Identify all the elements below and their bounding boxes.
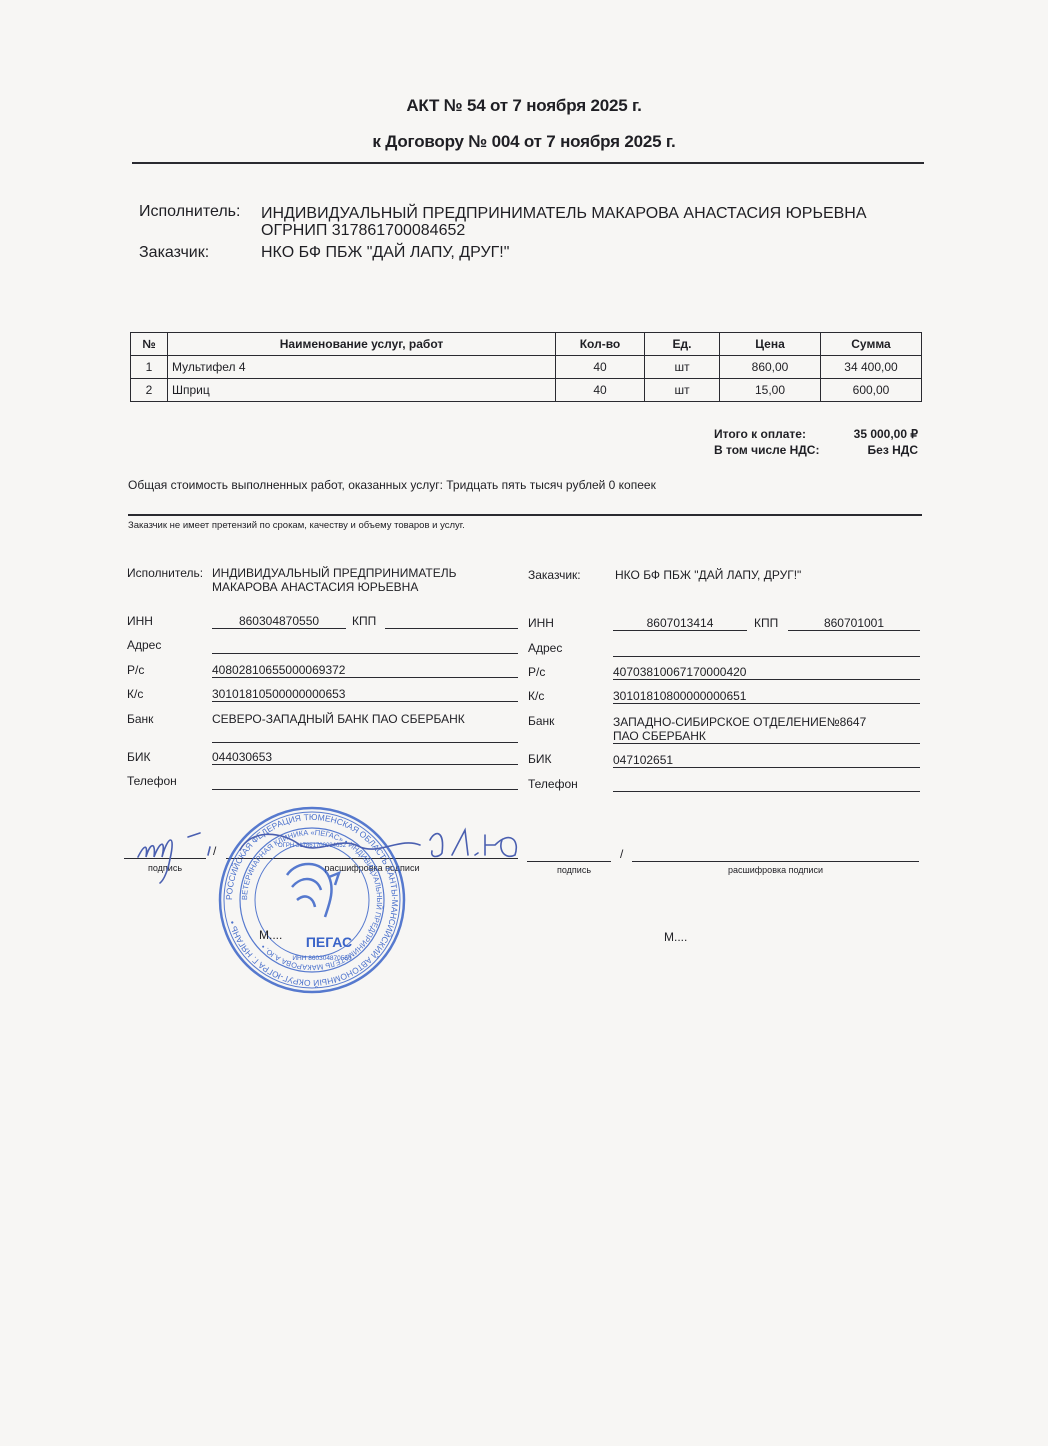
cell-unit: шт: [645, 356, 720, 379]
executor-ogrnip: ОГРНИП 317861700084652: [261, 222, 465, 240]
col-header-name: Наименование услуг, работ: [168, 333, 556, 356]
col-header-unit: Ед.: [645, 333, 720, 356]
executor-details-name-1: ИНДИВИДУАЛЬНЫЙ ПРЕДПРИНИМАТЕЛЬ: [212, 566, 456, 580]
executor-ks-label: К/с: [127, 687, 143, 701]
table-row: 2 Шприц 40 шт 15,00 600,00: [131, 379, 922, 402]
customer-ks-label: К/с: [528, 689, 544, 703]
executor-rs-field: 40802810655000069372: [212, 663, 518, 678]
customer-bank-line1: ЗАПАДНО-СИБИРСКОЕ ОТДЕЛЕНИЕ№8647: [613, 715, 866, 729]
cell-num: 2: [131, 379, 168, 402]
executor-kpp-field: [385, 614, 518, 629]
customer-address-field: [613, 642, 920, 657]
customer-bik-field: 047102651: [613, 753, 920, 768]
customer-signature-caption: подпись: [527, 865, 621, 875]
customer-phone-field: [613, 777, 920, 792]
executor-address-label: Адрес: [127, 638, 161, 652]
customer-kpp-label: КПП: [754, 616, 778, 630]
handwritten-signature: [130, 825, 530, 885]
customer-phone-label: Телефон: [528, 777, 578, 791]
executor-bik-field: 044030653: [212, 750, 518, 765]
total-in-words: Общая стоимость выполненных работ, оказа…: [128, 478, 656, 492]
total-value: 35 000,00 ₽: [818, 427, 918, 441]
customer-label: Заказчик:: [139, 244, 209, 262]
executor-rs-label: Р/с: [127, 663, 144, 677]
customer-rs-field: 40703810067170000420: [613, 665, 920, 680]
customer-kpp-field: 860701001: [788, 616, 920, 631]
cell-unit: шт: [645, 379, 720, 402]
executor-phone-field: [212, 775, 518, 790]
col-header-num: №: [131, 333, 168, 356]
stamp-inn: ИНН 860304870550: [292, 955, 352, 962]
executor-ks-field: 30101810500000000653: [212, 687, 518, 702]
document-title: АКТ № 54 от 7 ноября 2025 г.: [0, 96, 1048, 116]
executor-stamp-place: М....: [259, 928, 282, 942]
executor-details-name-2: МАКАРОВА АНАСТАСИЯ ЮРЬЕВНА: [212, 580, 418, 594]
cell-sum: 600,00: [821, 379, 922, 402]
executor-address-field: [212, 639, 518, 654]
table-row: 1 Мультифел 4 40 шт 860,00 34 400,00: [131, 356, 922, 379]
vat-label: В том числе НДС:: [714, 443, 819, 457]
executor-bank-label: Банк: [127, 712, 153, 726]
table-header-row: № Наименование услуг, работ Кол-во Ед. Ц…: [131, 333, 922, 356]
document-subtitle: к Договору № 004 от 7 ноября 2025 г.: [0, 132, 1048, 152]
customer-bank-label: Банк: [528, 714, 554, 728]
cell-qty: 40: [556, 356, 645, 379]
act-document: АКТ № 54 от 7 ноября 2025 г. к Договору …: [0, 0, 1048, 1446]
customer-rs-label: Р/с: [528, 665, 545, 679]
no-claims-note: Заказчик не имеет претензий по срокам, к…: [128, 520, 465, 531]
customer-details-label: Заказчик:: [528, 568, 581, 582]
executor-name: ИНДИВИДУАЛЬНЫЙ ПРЕДПРИНИМАТЕЛЬ МАКАРОВА …: [261, 205, 867, 223]
customer-signature-separator: /: [620, 847, 623, 861]
customer-bik-label: БИК: [528, 752, 552, 766]
customer-name: НКО БФ ПБЖ "ДАЙ ЛАПУ, ДРУГ!": [261, 244, 509, 262]
cell-name: Шприц: [168, 379, 556, 402]
cell-price: 860,00: [720, 356, 821, 379]
executor-bank-value: СЕВЕРО-ЗАПАДНЫЙ БАНК ПАО СБЕРБАНК: [212, 712, 465, 726]
cell-sum: 34 400,00: [821, 356, 922, 379]
total-label: Итого к оплате:: [714, 427, 806, 441]
stamp-center-name: ПЕГАС: [306, 934, 352, 950]
customer-decode-caption: расшифровка подписи: [632, 865, 919, 875]
col-header-price: Цена: [720, 333, 821, 356]
cell-name: Мультифел 4: [168, 356, 556, 379]
header-divider: [132, 162, 924, 164]
executor-label: Исполнитель:: [139, 203, 240, 221]
executor-details-label: Исполнитель:: [127, 566, 203, 580]
items-table: № Наименование услуг, работ Кол-во Ед. Ц…: [130, 332, 922, 402]
customer-details-name: НКО БФ ПБЖ "ДАЙ ЛАПУ, ДРУГ!": [615, 568, 801, 582]
executor-inn-label: ИНН: [127, 614, 153, 628]
customer-decode-line: [632, 861, 919, 862]
cell-num: 1: [131, 356, 168, 379]
executor-inn-field: 860304870550: [212, 614, 346, 629]
col-header-sum: Сумма: [821, 333, 922, 356]
cell-qty: 40: [556, 379, 645, 402]
customer-bank-line2: ПАО СБЕРБАНК: [613, 729, 920, 744]
totals-divider: [128, 514, 922, 516]
executor-kpp-label: КПП: [352, 614, 376, 628]
executor-bank-line: [212, 728, 518, 743]
customer-signature-line: [527, 861, 611, 862]
customer-inn-field: 8607013414: [613, 616, 747, 631]
col-header-qty: Кол-во: [556, 333, 645, 356]
customer-ks-field: 30101810800000000651: [613, 689, 920, 704]
customer-inn-label: ИНН: [528, 616, 554, 630]
customer-address-label: Адрес: [528, 641, 562, 655]
cell-price: 15,00: [720, 379, 821, 402]
vat-value: Без НДС: [818, 443, 918, 457]
executor-phone-label: Телефон: [127, 774, 177, 788]
customer-stamp-place: М....: [664, 930, 687, 944]
executor-bik-label: БИК: [127, 750, 151, 764]
